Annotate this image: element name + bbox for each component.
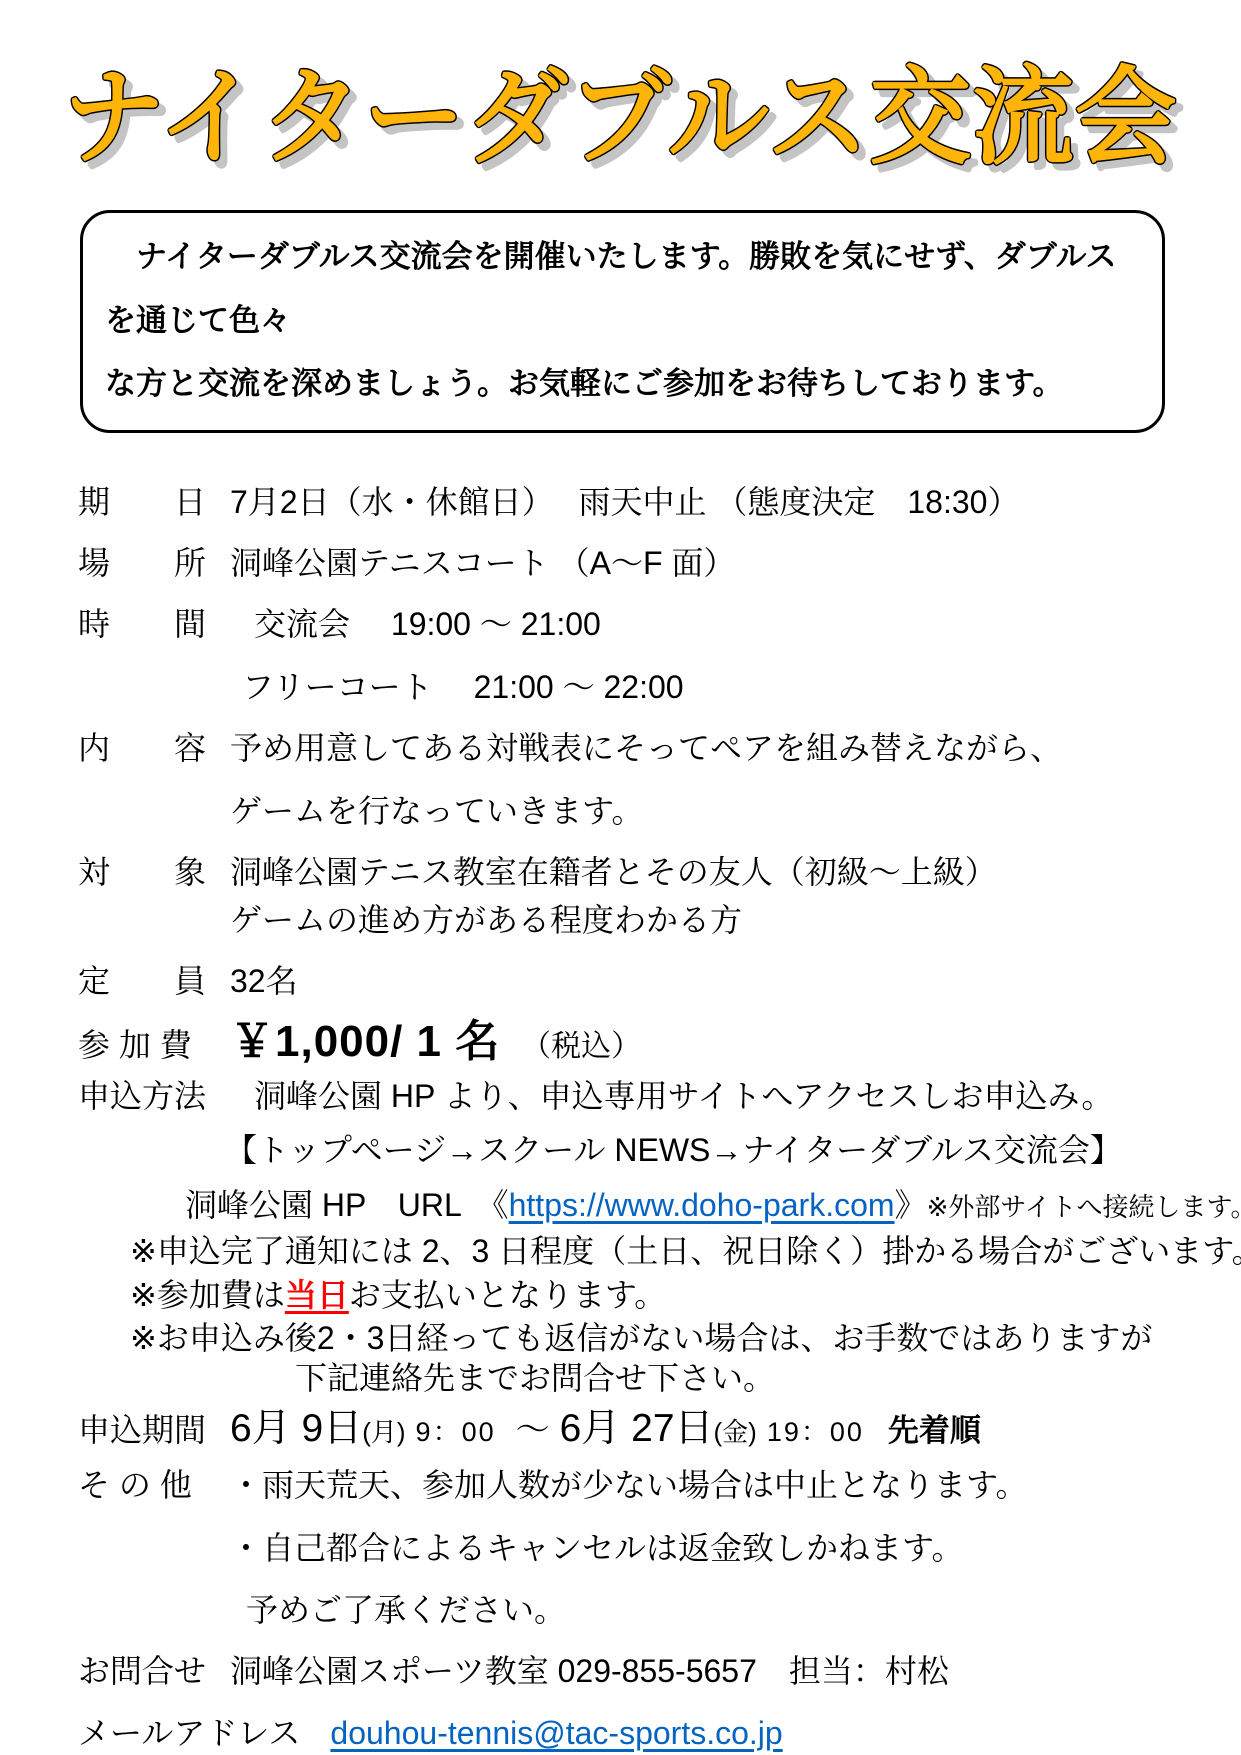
date-value: 7月2日（水・休館日） 雨天中止 （態度決定 18:30） [230, 483, 1019, 521]
content-label: 内 容 [78, 729, 230, 767]
detail-row-content-1: 内 容 予め用意してある対戦表にそってペアを組み替えながら、 [78, 729, 1201, 767]
apply-method-label: 申込方法 [78, 1077, 230, 1115]
event-details: 期 日 7月2日（水・休館日） 雨天中止 （態度決定 18:30） 場 所 洞峰… [78, 483, 1201, 1753]
fee-value: ￥1,000/ 1 名 （税込） [230, 1016, 641, 1069]
contact-value: 洞峰公園スポーツ教室 029-855-5657 担当：村松 [230, 1652, 949, 1690]
other-value-line-3: 予めご了承ください。 [230, 1591, 566, 1629]
fee-amount: ￥1,000/ 1 名 [230, 1017, 500, 1066]
apply-period-value: 6月 9日(月)9：00～6月 27日(金)19：00先着順 [230, 1406, 981, 1453]
page-title: ナイターダブルス交流会 [0, 34, 1241, 186]
note-payment-highlight: 当日 [285, 1277, 349, 1313]
target-value-line-2: ゲームの進め方がある程度わかる方 [230, 901, 742, 939]
detail-row-target-2: ゲームの進め方がある程度わかる方 [78, 901, 1201, 939]
intro-box: ナイターダブルス交流会を開催いたします。勝敗を気にせず、ダブルスを通じて色々 な… [80, 210, 1165, 433]
other-value-line-2: ・自己都合によるキャンセルは返金致しかねます。 [230, 1529, 963, 1567]
note-payment: ※参加費は当日お支払いとなります。 [130, 1276, 1201, 1314]
email-value: douhou-tennis@tac-sports.co.jp [330, 1714, 782, 1752]
note-confirmation-delay: ※申込完了通知には 2、3 日程度（土日、祝日除く）掛かる場合がございます。 [130, 1232, 1201, 1270]
page-title-text: ナイターダブルス交流会 [63, 59, 1178, 177]
period-start-time: 9：00 [416, 1417, 496, 1447]
target-value-line-1: 洞峰公園テニス教室在籍者とその友人（初級～上級） [230, 853, 997, 891]
detail-row-time-1: 時 間 交流会 19:00 ～ 21:00 [78, 605, 1201, 643]
place-value: 洞峰公園テニスコート （A～F 面） [230, 544, 735, 582]
email-link[interactable]: douhou-tennis@tac-sports.co.jp [330, 1715, 782, 1751]
period-start-date: 6月 9日 [230, 1407, 362, 1450]
period-tilde: ～ [516, 1411, 550, 1449]
note-payment-prefix: ※参加費は [130, 1277, 285, 1313]
hp-url-line: 洞峰公園 HP URL 《https://www.doho-park.com》※… [185, 1186, 1201, 1224]
apply-period-label: 申込期間 [78, 1411, 230, 1449]
hp-url-suffix: 》 [895, 1187, 927, 1223]
date-label: 期 日 [78, 483, 230, 521]
capacity-label: 定 員 [78, 962, 230, 1000]
detail-row-email: メールアドレス douhou-tennis@tac-sports.co.jp [78, 1714, 1201, 1752]
detail-row-other-1: そ の 他 ・雨天荒天、参加人数が少ない場合は中止となります。 [78, 1466, 1201, 1504]
time-label: 時 間 [78, 605, 230, 643]
period-end-dow: (金) [714, 1417, 757, 1447]
flyer-page: ナイターダブルス交流会 ナイターダブルス交流会を開催いたします。勝敗を気にせず、… [0, 0, 1241, 1755]
other-value-line-1: ・雨天荒天、参加人数が少ない場合は中止となります。 [230, 1466, 1027, 1504]
note-no-reply: ※お申込み後2・3日経っても返信がない場合は、お手数ではありますが [130, 1319, 1201, 1357]
detail-row-fee: 参 加 費 ￥1,000/ 1 名 （税込） [78, 1016, 1201, 1069]
hp-url-link[interactable]: https://www.doho-park.com [509, 1187, 895, 1223]
detail-row-other-3: 予めご了承ください。 [78, 1591, 1201, 1629]
detail-row-apply-period: 申込期間 6月 9日(月)9：00～6月 27日(金)19：00先着順 [78, 1406, 1201, 1453]
time-session-value: 交流会 19:00 ～ 21:00 [230, 605, 601, 643]
detail-row-capacity: 定 員 32名 [78, 962, 1201, 1000]
detail-row-date: 期 日 7月2日（水・休館日） 雨天中止 （態度決定 18:30） [78, 483, 1201, 521]
hp-external-note: ※外部サイトへ接続します。 [927, 1192, 1241, 1222]
fee-label: 参 加 費 [78, 1026, 230, 1064]
intro-text-line-2: な方と交流を深めましょう。お気軽にご参加をお待ちしております。 [105, 352, 1140, 416]
detail-row-other-2: ・自己都合によるキャンセルは返金致しかねます。 [78, 1529, 1201, 1567]
detail-row-time-2: フリーコート 21:00 ～ 22:00 [78, 668, 1201, 706]
fee-tax-note: （税込） [521, 1030, 641, 1063]
content-value-line-2: ゲームを行なっていきます。 [230, 792, 643, 830]
detail-row-target-1: 対 象 洞峰公園テニス教室在籍者とその友人（初級～上級） [78, 853, 1201, 891]
apply-path-note: 【トップページ→スクール NEWS→ナイターダブルス交流会】 [225, 1131, 1201, 1169]
detail-row-place: 場 所 洞峰公園テニスコート （A～F 面） [78, 544, 1201, 582]
time-freecourt-value: フリーコート 21:00 ～ 22:00 [230, 668, 684, 706]
period-priority-note: 先着順 [888, 1413, 981, 1448]
capacity-value: 32名 [230, 962, 298, 1000]
email-label: メールアドレス [78, 1714, 300, 1752]
contact-label: お問合せ [78, 1652, 230, 1690]
target-label: 対 象 [78, 853, 230, 891]
period-start-dow: (月) [362, 1417, 405, 1447]
period-end-time: 19：00 [767, 1417, 864, 1447]
note-payment-suffix: お支払いとなります。 [349, 1277, 666, 1313]
hp-url-prefix: 洞峰公園 HP URL 《 [185, 1187, 509, 1223]
detail-row-content-2: ゲームを行なっていきます。 [78, 792, 1201, 830]
content-value-line-1: 予め用意してある対戦表にそってペアを組み替えながら、 [230, 729, 1062, 767]
period-end-date: 6月 27日 [560, 1407, 714, 1450]
place-label: 場 所 [78, 544, 230, 582]
intro-text-line-1: ナイターダブルス交流会を開催いたします。勝敗を気にせず、ダブルスを通じて色々 [105, 225, 1140, 352]
detail-row-apply-method: 申込方法 洞峰公園 HP より、申込専用サイトへアクセスしお申込み。 [78, 1077, 1201, 1115]
note-no-reply-cont: 下記連絡先までお問合せ下さい。 [295, 1359, 1201, 1397]
apply-method-value: 洞峰公園 HP より、申込専用サイトへアクセスしお申込み。 [230, 1077, 1113, 1115]
detail-row-contact: お問合せ 洞峰公園スポーツ教室 029-855-5657 担当：村松 [78, 1652, 1201, 1690]
other-label: そ の 他 [78, 1466, 230, 1504]
